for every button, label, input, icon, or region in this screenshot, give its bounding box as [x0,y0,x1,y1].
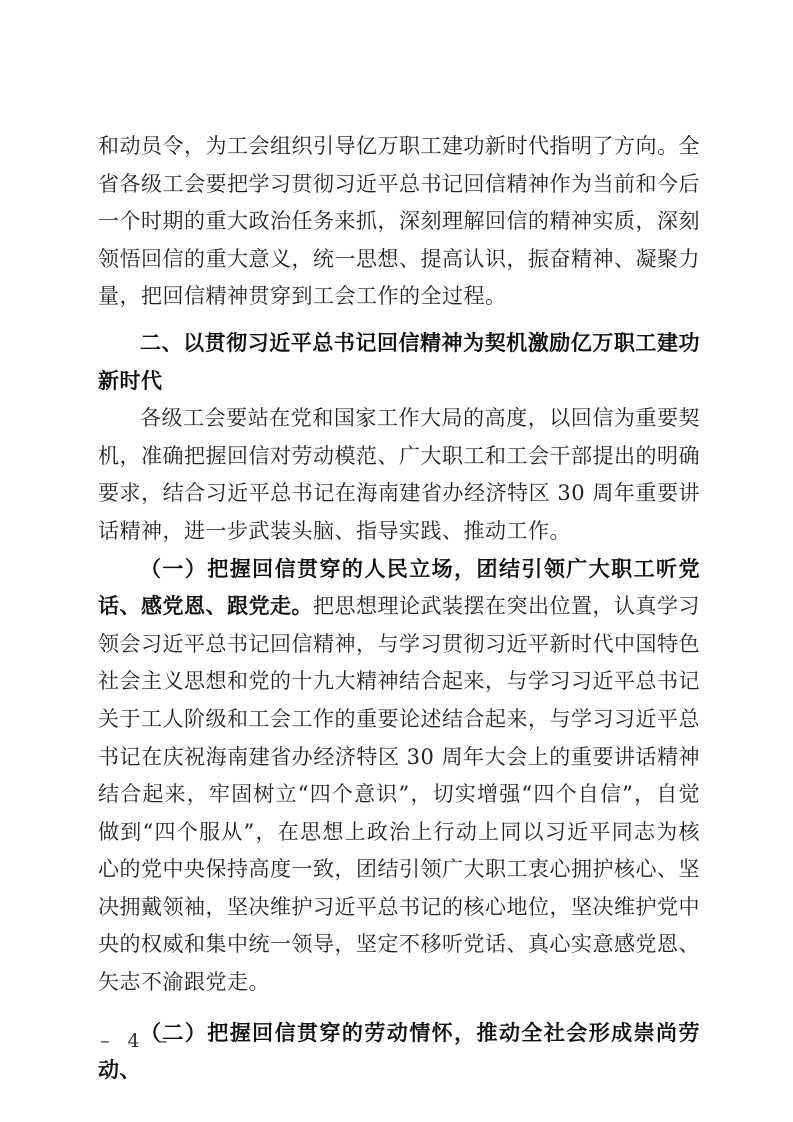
paragraph: （一）把握回信贯穿的人民立场，团结引领广大职工听党话、感党恩、跟党走。把思想理论… [98,551,700,1002]
section-heading: 二、以贯彻习近平总书记回信精神为契机激励亿万职工建功新时代 [98,325,700,400]
page-number: – 4 – [100,1030,173,1052]
paragraph-text: 把思想理论武装摆在突出位置，认真学习领会习近平总书记回信精神，与学习贯彻习近平新… [98,594,700,994]
paragraph-continuation: 和动员令，为工会组织引导亿万职工建功新时代指明了方向。全省各级工会要把学习贯彻习… [98,128,700,316]
document-body: 和动员令，为工会组织引导亿万职工建功新时代指明了方向。全省各级工会要把学习贯彻习… [98,128,700,1090]
subsection-heading: （二）把握回信贯穿的劳动情怀，推动全社会形成崇尚劳动、 [98,1015,700,1090]
document-page: 和动员令，为工会组织引导亿万职工建功新时代指明了方向。全省各级工会要把学习贯彻习… [0,0,793,1122]
paragraph: 各级工会要站在党和国家工作大局的高度，以回信为重要契机，准确把握回信对劳动模范、… [98,400,700,550]
